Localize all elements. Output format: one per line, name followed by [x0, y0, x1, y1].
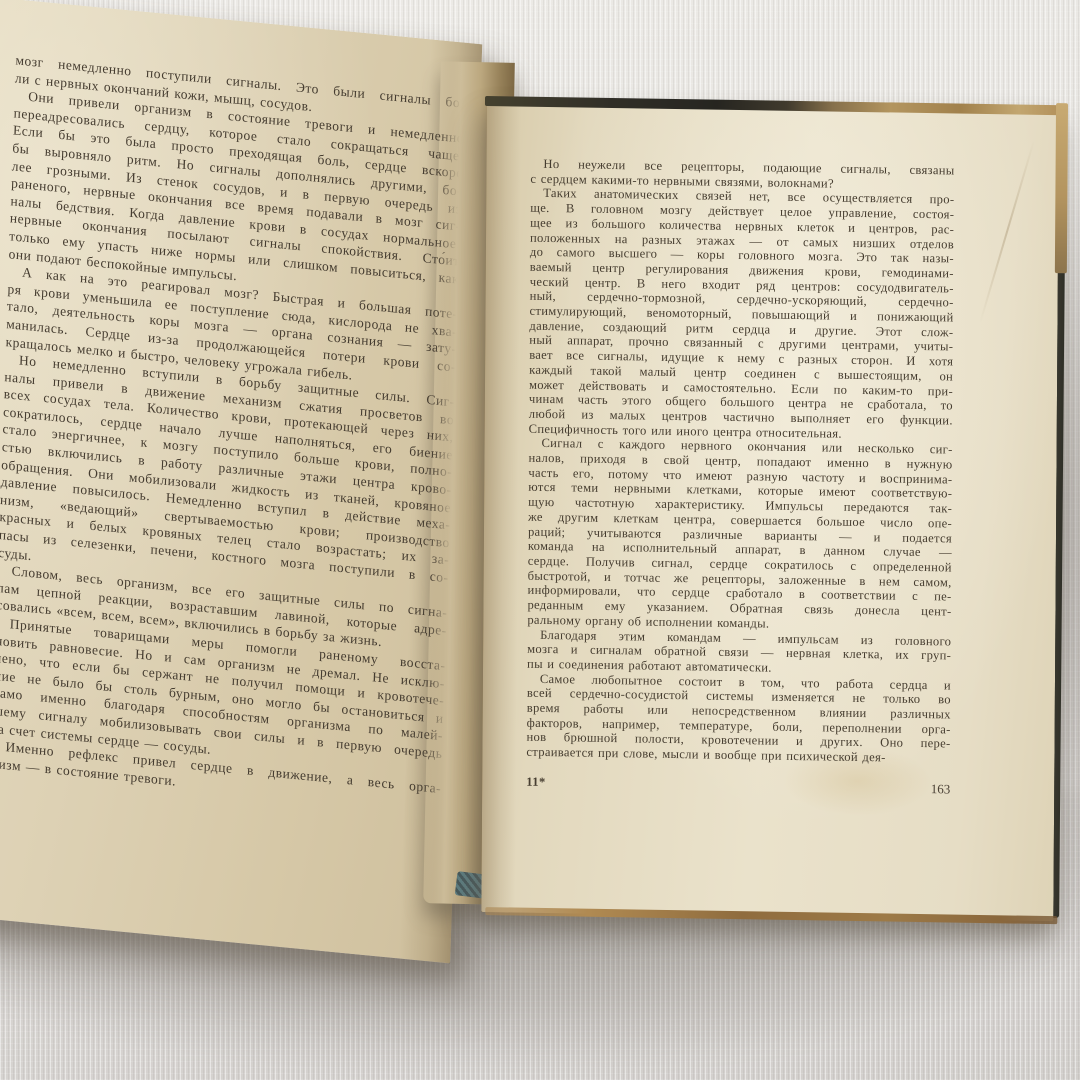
paper-crease — [979, 140, 1035, 322]
right-page-number: 163 — [931, 781, 951, 797]
signature-mark: 11* — [526, 775, 546, 791]
right-page-gutter-shadow — [481, 100, 521, 913]
right-page: Но неужели все рецепторы, подающие сигна… — [481, 100, 1059, 921]
open-book-photo: мозг немедленно поступили сигналы. Это б… — [0, 0, 1080, 1080]
left-page: мозг немедленно поступили сигналы. Это б… — [0, 0, 482, 963]
right-page-text: Но неужели все рецепторы, подающие сигна… — [526, 157, 954, 767]
left-page-text: мозг немедленно поступили сигналы. Это б… — [0, 51, 466, 815]
page-block-fore-edge — [1055, 103, 1068, 273]
